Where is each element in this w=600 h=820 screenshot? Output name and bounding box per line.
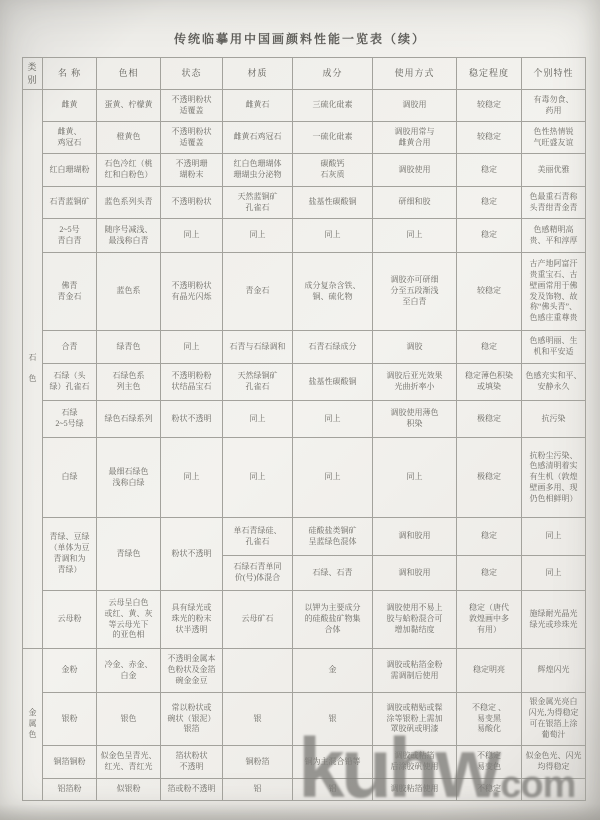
cell-state: 粉状不透明 xyxy=(161,518,223,591)
cell-trait: 辉煌闪光 xyxy=(522,649,586,693)
cell-composition: 同上 xyxy=(293,219,373,253)
table-row: 云母粉 云母呈白色 或红、黄、灰 等云母光下 的亚色相 具有绿光或 珠光的粉末 … xyxy=(23,591,586,649)
table-row: 青绿、豆绿 （单体为豆 青调和为 青绿） 青绿色 粉状不透明 单石青绿硅、 孔雀… xyxy=(23,518,586,556)
cell-hue: 银色 xyxy=(97,693,161,746)
table-row: 2~5号 青白青 随序号减浅、 最浅称白青 同上 同上 同上 同上 稳定 色感精… xyxy=(23,219,586,253)
cell-hue: 最细石绿色 浅称白绿 xyxy=(97,438,161,518)
cell-usage: 调和胶用 xyxy=(373,518,457,556)
cell-material: 天然绿铜矿 孔雀石 xyxy=(223,364,293,401)
cell-stability: 极稳定 xyxy=(457,438,522,518)
cell-composition: 一硫化砒素 xyxy=(293,122,373,154)
cell-name: 红白珊瑚粉 xyxy=(43,154,97,187)
cell-usage: 调胶后亚光效果 光曲折率小 xyxy=(373,364,457,401)
cell-composition: 银 xyxy=(293,693,373,746)
cell-material: 雌黄石鸡冠石 xyxy=(223,122,293,154)
cell-material: 同上 xyxy=(223,219,293,253)
cell-usage: 调胶或粘箔金粉 需调制后使用 xyxy=(373,649,457,693)
table-row: 铜箔铜粉 似金色呈青光、 红光、青红光 箔状粉状 不透明 铜粉箔 铜为主混合铅等… xyxy=(23,746,586,779)
cell-material: 云母矿石 xyxy=(223,591,293,649)
cell-material: 同上 xyxy=(223,401,293,438)
cell-trait: 色感充实和平、 安静永久 xyxy=(522,364,586,401)
cell-state: 不透明金属本 色粉状及金箔 碗金金豆 xyxy=(161,649,223,693)
header-name: 名 称 xyxy=(43,58,97,90)
category-stone-colors: 石 色 xyxy=(23,90,43,649)
cell-hue: 绿青色 xyxy=(97,331,161,364)
cell-hue: 青绿色 xyxy=(97,518,161,591)
cell-name: 铝箔粉 xyxy=(43,779,97,801)
cell-composition: 铜为主混合铅等 xyxy=(293,746,373,779)
cell-trait: 色性热情锐 气旺盛友谊 xyxy=(522,122,586,154)
cell-trait: 色最重石青称 头青绀青金青 xyxy=(522,187,586,219)
cell-composition: 铝 xyxy=(293,779,373,801)
cell-name: 银粉 xyxy=(43,693,97,746)
cell-composition: 石青石绿成分 xyxy=(293,331,373,364)
cell-trait: 同上 xyxy=(522,518,586,556)
cell-name: 金粉 xyxy=(43,649,97,693)
cell-state: 同上 xyxy=(161,331,223,364)
cell-trait: 色感明丽、生 机和平安适 xyxy=(522,331,586,364)
header-stability: 稳定程度 xyxy=(457,58,522,90)
cell-material xyxy=(223,649,293,693)
cell-state: 不透明粉粉 状结晶宝石 xyxy=(161,364,223,401)
cell-material: 银 xyxy=(223,693,293,746)
table-row: 雌黄、 鸡冠石 橙黄色 不透明粉状 适覆盖 雌黄石鸡冠石 一硫化砒素 调胶用常与… xyxy=(23,122,586,154)
cell-stability: 较稳定 xyxy=(457,253,522,331)
cell-material: 天然蓝铜矿 孔雀石 xyxy=(223,187,293,219)
cell-hue: 云母呈白色 或红、黄、灰 等云母光下 的亚色相 xyxy=(97,591,161,649)
cell-state: 同上 xyxy=(161,438,223,518)
cell-hue: 绿色石绿系列 xyxy=(97,401,161,438)
cell-composition: 成分复杂含铁、 铜、硫化物 xyxy=(293,253,373,331)
cell-usage: 调胶用常与 雌黄合用 xyxy=(373,122,457,154)
table-row: 石 色 雌黄 蛋黄、柠檬黄 不透明粉状 适覆盖 雌黄石 三硫化砒素 调胶用 较稳… xyxy=(23,90,586,122)
cell-state: 具有绿光或 珠光的粉末 状半透明 xyxy=(161,591,223,649)
table-row: 石绿 2~5号绿 绿色石绿系列 粉状不透明 同上 同上 调胶使用薄色 积染 极稳… xyxy=(23,401,586,438)
cell-stability: 稳定明亮 xyxy=(457,649,522,693)
cell-state: 同上 xyxy=(161,219,223,253)
cell-stability: 稳定 xyxy=(457,556,522,591)
cell-composition: 盐基性碳酸铜 xyxy=(293,364,373,401)
cell-usage: 研细和胶 xyxy=(373,187,457,219)
cell-stability: 不稳定 xyxy=(457,779,522,801)
header-hue: 色相 xyxy=(97,58,161,90)
cell-material: 青金石 xyxy=(223,253,293,331)
cell-name: 2~5号 青白青 xyxy=(43,219,97,253)
cell-usage: 调胶亦可研细 分至五段渐浅 至白青 xyxy=(373,253,457,331)
cell-composition: 盐基性碳酸铜 xyxy=(293,187,373,219)
cell-state: 不透明粉状 适覆盖 xyxy=(161,90,223,122)
category-metal-colors: 金 属 色 xyxy=(23,649,43,801)
cell-composition: 金 xyxy=(293,649,373,693)
cell-hue: 蛋黄、柠檬黄 xyxy=(97,90,161,122)
cell-trait: 古产地阿富汗 贵重宝石、古 壁画常用于佛 发及饰物、故 称“佛头青”、 色感庄重… xyxy=(522,253,586,331)
cell-hue: 石色冷红（桃 红和白粉色） xyxy=(97,154,161,187)
header-trait: 个别特性 xyxy=(522,58,586,90)
header-state: 状态 xyxy=(161,58,223,90)
cell-state: 箔状粉状 不透明 xyxy=(161,746,223,779)
cell-trait: 有毒勿食、 药用 xyxy=(522,90,586,122)
table-row: 石绿（头 绿）孔雀石 石绿色系 列主色 不透明粉粉 状结晶宝石 天然绿铜矿 孔雀… xyxy=(23,364,586,401)
cell-composition: 以钾为主要成分 的硅酸盐矿物集 合体 xyxy=(293,591,373,649)
cell-material: 同上 xyxy=(223,438,293,518)
cell-name: 石绿（头 绿）孔雀石 xyxy=(43,364,97,401)
cell-material: 石绿石青单同 价(号)体混合 xyxy=(223,556,293,591)
cell-trait: 抗污染 xyxy=(522,401,586,438)
cell-usage: 调胶粘箔使用 xyxy=(373,779,457,801)
cell-stability: 不稳定 、 易变黑 易酸化 xyxy=(457,693,522,746)
cell-stability: 稳定薄色积染 或填染 xyxy=(457,364,522,401)
cell-stability: 不稳定 易变色 xyxy=(457,746,522,779)
cell-trait xyxy=(522,779,586,801)
table-row: 金 属 色 金粉 冷金、赤金、 白金 不透明金属本 色粉状及金箔 碗金金豆 金 … xyxy=(23,649,586,693)
cell-stability: 稳定 xyxy=(457,331,522,364)
cell-trait: 抗粉尘污染、 色感清明着实 有生机（敦煌 壁画多用、现 仍色相鲜明） xyxy=(522,438,586,518)
cell-stability: 稳定 xyxy=(457,219,522,253)
scanned-page: 传统临摹用中国画颜料性能一览表（续） 类 别 名 称 色相 状态 材质 成分 使… xyxy=(0,0,600,820)
cell-trait: 施绿耐光晶光 绿光或珍珠光 xyxy=(522,591,586,649)
cell-stability: 稳定（唐代 敦煌画中多 有用） xyxy=(457,591,522,649)
cell-state: 箔或粉不透明 xyxy=(161,779,223,801)
cell-usage: 调胶 xyxy=(373,331,457,364)
cell-name: 云母粉 xyxy=(43,591,97,649)
cell-name: 青绿、豆绿 （单体为豆 青调和为 青绿） xyxy=(43,518,97,591)
cell-name: 雌黄、 鸡冠石 xyxy=(43,122,97,154)
cell-stability: 稳定 xyxy=(457,518,522,556)
cell-hue: 随序号减浅、 最浅称白青 xyxy=(97,219,161,253)
cell-stability: 极稳定 xyxy=(457,401,522,438)
table-row: 佛青 青金石 蓝色系 不透明粉状 有晶光闪烁 青金石 成分复杂含铁、 铜、硫化物… xyxy=(23,253,586,331)
cell-material: 石青与石绿调和 xyxy=(223,331,293,364)
cell-stability: 较稳定 xyxy=(457,122,522,154)
cell-state: 不透明珊 瑚粉末 xyxy=(161,154,223,187)
cell-usage: 调胶用 xyxy=(373,90,457,122)
cell-usage: 调胶使用不易上 胶与蛤粉混合可 增加黏结度 xyxy=(373,591,457,649)
table-row: 白绿 最细石绿色 浅称白绿 同上 同上 同上 同上 极稳定 抗粉尘污染、 色感清… xyxy=(23,438,586,518)
cell-composition: 三硫化砒素 xyxy=(293,90,373,122)
header-composition: 成分 xyxy=(293,58,373,90)
cell-composition: 同上 xyxy=(293,401,373,438)
cell-trait: 银金属光亮白 闪光,为得稳定 可在银箔上涂 葡萄汁 xyxy=(522,693,586,746)
table-row: 红白珊瑚粉 石色冷红（桃 红和白粉色） 不透明珊 瑚粉末 红白色珊瑚体 珊瑚虫分… xyxy=(23,154,586,187)
cell-usage: 调胶或粘箔 后涂胶矾使用 xyxy=(373,746,457,779)
cell-state: 粉状不透明 xyxy=(161,401,223,438)
cell-hue: 蓝色系 xyxy=(97,253,161,331)
cell-usage: 调胶使用薄色 积染 xyxy=(373,401,457,438)
cell-name: 铜箔铜粉 xyxy=(43,746,97,779)
cell-hue: 似银粉 xyxy=(97,779,161,801)
cell-state: 常以粉状或 碗状（银泥） 银箔 xyxy=(161,693,223,746)
cell-name: 合青 xyxy=(43,331,97,364)
cell-stability: 稳定 xyxy=(457,187,522,219)
header-category: 类 别 xyxy=(23,58,43,90)
cell-trait: 色感精明高 贵、平和淳厚 xyxy=(522,219,586,253)
cell-name: 石绿 2~5号绿 xyxy=(43,401,97,438)
cell-trait: 似金色光、闪光 均得稳定 xyxy=(522,746,586,779)
cell-hue: 橙黄色 xyxy=(97,122,161,154)
cell-hue: 冷金、赤金、 白金 xyxy=(97,649,161,693)
cell-composition: 石绿、石青 xyxy=(293,556,373,591)
cell-state: 不透明粉状 有晶光闪烁 xyxy=(161,253,223,331)
cell-material: 铝 xyxy=(223,779,293,801)
header-usage: 使用方式 xyxy=(373,58,457,90)
cell-state: 不透明粉状 适覆盖 xyxy=(161,122,223,154)
table-row: 银粉 银色 常以粉状或 碗状（银泥） 银箔 银 银 调胶或精贴或髹 涂等银粉上需… xyxy=(23,693,586,746)
header-row: 类 别 名 称 色相 状态 材质 成分 使用方式 稳定程度 个别特性 xyxy=(23,58,586,90)
cell-usage: 调和胶用 xyxy=(373,556,457,591)
cell-usage: 调胶使用 xyxy=(373,154,457,187)
cell-usage: 同上 xyxy=(373,438,457,518)
cell-composition: 硅酸盐类铜矿 呈蓝绿色混体 xyxy=(293,518,373,556)
cell-trait: 美丽优雅 xyxy=(522,154,586,187)
table-row: 铝箔粉 似银粉 箔或粉不透明 铝 铝 调胶粘箔使用 不稳定 xyxy=(23,779,586,801)
cell-material: 铜粉箔 xyxy=(223,746,293,779)
cell-name: 雌黄 xyxy=(43,90,97,122)
table-row: 石青蓝铜矿 蓝色系列头青 不透明粉状 天然蓝铜矿 孔雀石 盐基性碳酸铜 研细和胶… xyxy=(23,187,586,219)
cell-trait: 同上 xyxy=(522,556,586,591)
cell-material: 雌黄石 xyxy=(223,90,293,122)
cell-composition: 碳酸钙 石灰质 xyxy=(293,154,373,187)
cell-material: 红白色珊瑚体 珊瑚虫分泌物 xyxy=(223,154,293,187)
cell-name: 石青蓝铜矿 xyxy=(43,187,97,219)
cell-material: 单石青绿硅、 孔雀石 xyxy=(223,518,293,556)
page-title: 传统临摹用中国画颜料性能一览表（续） xyxy=(0,30,600,47)
cell-hue: 石绿色系 列主色 xyxy=(97,364,161,401)
cell-usage: 调胶或精贴或髹 涂等银粉上需加 罩胶矾或明漆 xyxy=(373,693,457,746)
table-row: 合青 绿青色 同上 石青与石绿调和 石青石绿成分 调胶 稳定 色感明丽、生 机和… xyxy=(23,331,586,364)
pigment-table: 类 别 名 称 色相 状态 材质 成分 使用方式 稳定程度 个别特性 石 色 雌… xyxy=(22,57,586,801)
cell-stability: 稳定 xyxy=(457,154,522,187)
cell-hue: 似金色呈青光、 红光、青红光 xyxy=(97,746,161,779)
cell-name: 白绿 xyxy=(43,438,97,518)
cell-name: 佛青 青金石 xyxy=(43,253,97,331)
cell-usage: 同上 xyxy=(373,219,457,253)
header-material: 材质 xyxy=(223,58,293,90)
cell-state: 不透明粉状 xyxy=(161,187,223,219)
cell-composition: 同上 xyxy=(293,438,373,518)
cell-hue: 蓝色系列头青 xyxy=(97,187,161,219)
cell-stability: 较稳定 xyxy=(457,90,522,122)
